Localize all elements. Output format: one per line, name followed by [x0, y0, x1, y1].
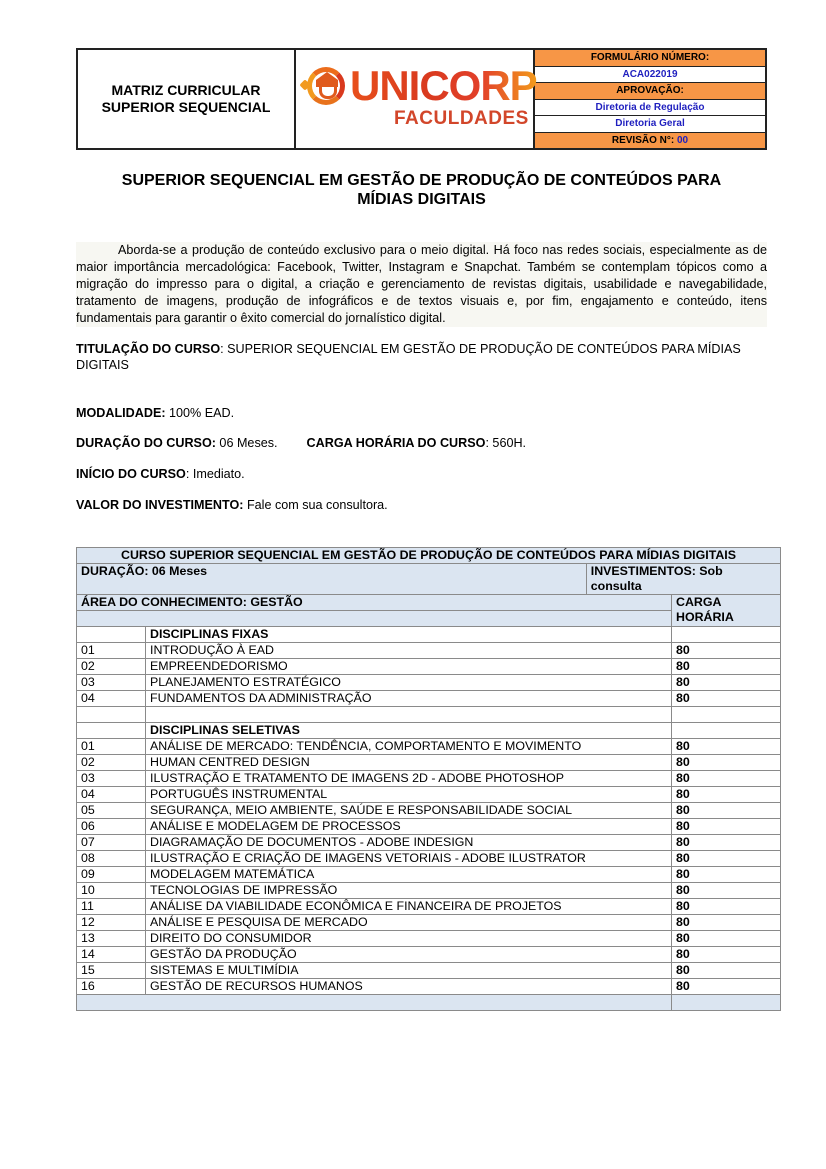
table-row: 01ANÁLISE DE MERCADO: TENDÊNCIA, COMPORT…: [77, 739, 781, 755]
table-row: 16GESTÃO DE RECURSOS HUMANOS80: [77, 979, 781, 995]
discipline-hours: 80: [672, 835, 781, 851]
spacer-row: [77, 707, 781, 723]
section-title: DISCIPLINAS SELETIVAS: [146, 723, 672, 739]
page-title-line2: MÍDIAS DIGITAIS: [357, 191, 486, 208]
table-row: 01INTRODUÇÃO À EAD80: [77, 643, 781, 659]
carga-value: : 560H.: [485, 436, 526, 450]
table-duracao: DURAÇÃO: 06 Meses: [77, 564, 587, 595]
logo-u-icon: [319, 84, 337, 99]
table-row: 10TECNOLOGIAS DE IMPRESSÃO80: [77, 883, 781, 899]
discipline-hours: 80: [672, 979, 781, 995]
inicio-value: : Imediato.: [186, 467, 245, 481]
discipline-name: PLANEJAMENTO ESTRATÉGICO: [146, 675, 672, 691]
row-hours: [672, 627, 781, 643]
titulacao-label: TITULAÇÃO DO CURSO: [76, 342, 220, 356]
discipline-hours: 80: [672, 931, 781, 947]
discipline-name: SEGURANÇA, MEIO AMBIENTE, SAÚDE E RESPON…: [146, 803, 672, 819]
row-number: 08: [77, 851, 146, 867]
discipline-name: ANÁLISE E MODELAGEM DE PROCESSOS: [146, 819, 672, 835]
matrix-title-line2: SUPERIOR SEQUENCIAL: [102, 99, 271, 115]
row-number: 13: [77, 931, 146, 947]
document-header: MATRIZ CURRICULARSUPERIOR SEQUENCIAL UNI…: [76, 48, 767, 150]
table-row: 02EMPREENDEDORISMO80: [77, 659, 781, 675]
row-number: 03: [77, 675, 146, 691]
discipline-hours: 80: [672, 787, 781, 803]
discipline-hours: 80: [672, 691, 781, 707]
discipline-hours: 80: [672, 755, 781, 771]
description-text: Aborda-se a produção de conteúdo exclusi…: [76, 243, 767, 325]
table-row: 11ANÁLISE DA VIABILIDADE ECONÔMICA E FIN…: [77, 899, 781, 915]
table-row: 15SISTEMAS E MULTIMÍDIA80: [77, 963, 781, 979]
duracao-value: 06 Meses.: [216, 436, 278, 450]
fixed-disciplines-header: DISCIPLINAS FIXAS: [77, 627, 781, 643]
row-number: 02: [77, 755, 146, 771]
discipline-name: PORTUGUÊS INSTRUMENTAL: [146, 787, 672, 803]
row-number: 06: [77, 819, 146, 835]
valor-label: VALOR DO INVESTIMENTO:: [76, 498, 243, 512]
discipline-name: GESTÃO DA PRODUÇÃO: [146, 947, 672, 963]
table-row: 13DIREITO DO CONSUMIDOR80: [77, 931, 781, 947]
page-title-line1: SUPERIOR SEQUENCIAL EM GESTÃO DE PRODUÇÃ…: [122, 172, 721, 189]
row-number: 01: [77, 643, 146, 659]
field-titulacao: TITULAÇÃO DO CURSO: SUPERIOR SEQUENCIAL …: [76, 341, 767, 373]
form-info: FORMULÁRIO NÚMERO: ACA022019 APROVAÇÃO: …: [535, 50, 765, 148]
row-number: 04: [77, 691, 146, 707]
table-investimentos: INVESTIMENTOS: Sob consulta: [586, 564, 780, 595]
unicorp-logo: UNICORP FACULDADES: [296, 50, 535, 148]
graduation-cap-icon: [316, 72, 338, 80]
discipline-name: HUMAN CENTRED DESIGN: [146, 755, 672, 771]
discipline-hours: 80: [672, 915, 781, 931]
table-row: 14GESTÃO DA PRODUÇÃO80: [77, 947, 781, 963]
table-area: ÁREA DO CONHECIMENTO: GESTÃO: [77, 595, 672, 611]
valor-value: Fale com sua consultora.: [243, 498, 387, 512]
discipline-hours: 80: [672, 739, 781, 755]
table-row: 02HUMAN CENTRED DESIGN80: [77, 755, 781, 771]
duracao-label: DURAÇÃO DO CURSO:: [76, 436, 216, 450]
row-hours: [672, 723, 781, 739]
modalidade-value: 100% EAD.: [166, 406, 235, 420]
row-number: 05: [77, 803, 146, 819]
elective-disciplines-header: DISCIPLINAS SELETIVAS: [77, 723, 781, 739]
table-row: 06ANÁLISE E MODELAGEM DE PROCESSOS80: [77, 819, 781, 835]
logo-subtitle: FACULDADES: [394, 108, 529, 130]
discipline-name: ILUSTRAÇÃO E TRATAMENTO DE IMAGENS 2D - …: [146, 771, 672, 787]
matrix-title-line1: MATRIZ CURRICULAR: [111, 82, 260, 98]
spacer-cell: [77, 707, 146, 723]
table-row: 08ILUSTRAÇÃO E CRIAÇÃO DE IMAGENS VETORI…: [77, 851, 781, 867]
revision-label: REVISÃO N°:: [612, 135, 674, 146]
form-number-value: ACA022019: [535, 67, 765, 84]
table-row: 04FUNDAMENTOS DA ADMINISTRAÇÃO80: [77, 691, 781, 707]
table-row: 12ANÁLISE E PESQUISA DE MERCADO80: [77, 915, 781, 931]
discipline-hours: 80: [672, 899, 781, 915]
discipline-name: MODELAGEM MATEMÁTICA: [146, 867, 672, 883]
discipline-name: SISTEMAS E MULTIMÍDIA: [146, 963, 672, 979]
row-number: 04: [77, 787, 146, 803]
row-number: 01: [77, 739, 146, 755]
table-carga-header: CARGA HORÁRIA: [672, 595, 781, 627]
row-number: [77, 723, 146, 739]
row-number: 16: [77, 979, 146, 995]
table-row: 05SEGURANÇA, MEIO AMBIENTE, SAÚDE E RESP…: [77, 803, 781, 819]
field-inicio: INÍCIO DO CURSO: Imediato.: [76, 466, 767, 482]
footer-cell: [77, 995, 672, 1011]
row-number: [77, 627, 146, 643]
discipline-name: DIREITO DO CONSUMIDOR: [146, 931, 672, 947]
discipline-hours: 80: [672, 803, 781, 819]
page-title: SUPERIOR SEQUENCIAL EM GESTÃO DE PRODUÇÃ…: [76, 171, 767, 209]
row-number: 02: [77, 659, 146, 675]
discipline-hours: 80: [672, 675, 781, 691]
modalidade-label: MODALIDADE:: [76, 406, 166, 420]
row-number: 07: [77, 835, 146, 851]
discipline-hours: 80: [672, 947, 781, 963]
row-number: 14: [77, 947, 146, 963]
discipline-name: ANÁLISE DE MERCADO: TENDÊNCIA, COMPORTAM…: [146, 739, 672, 755]
approval-label: APROVAÇÃO:: [535, 83, 765, 100]
revision-value: 00: [677, 135, 688, 146]
revision: REVISÃO N°: 00: [535, 133, 765, 149]
curriculum-table: CURSO SUPERIOR SEQUENCIAL EM GESTÃO DE P…: [76, 547, 781, 1011]
discipline-name: DIAGRAMAÇÃO DE DOCUMENTOS - ADOBE INDESI…: [146, 835, 672, 851]
approval-value-2: Diretoria Geral: [535, 116, 765, 133]
field-modalidade: MODALIDADE: 100% EAD.: [76, 405, 767, 421]
form-number-label: FORMULÁRIO NÚMERO:: [535, 50, 765, 67]
discipline-hours: 80: [672, 819, 781, 835]
discipline-hours: 80: [672, 963, 781, 979]
discipline-hours: 80: [672, 771, 781, 787]
spacer-cell: [146, 707, 672, 723]
row-number: 12: [77, 915, 146, 931]
carga-label: CARGA HORÁRIA DO CURSO: [307, 436, 486, 450]
table-row: 09MODELAGEM MATEMÁTICA80: [77, 867, 781, 883]
course-description: Aborda-se a produção de conteúdo exclusi…: [76, 242, 767, 327]
discipline-hours: 80: [672, 851, 781, 867]
discipline-hours: 80: [672, 883, 781, 899]
table-footer-row: [77, 995, 781, 1011]
row-number: 11: [77, 899, 146, 915]
discipline-hours: 80: [672, 659, 781, 675]
table-row: 03ILUSTRAÇÃO E TRATAMENTO DE IMAGENS 2D …: [77, 771, 781, 787]
row-number: 10: [77, 883, 146, 899]
table-row: 04PORTUGUÊS INSTRUMENTAL80: [77, 787, 781, 803]
discipline-name: INTRODUÇÃO À EAD: [146, 643, 672, 659]
table-title: CURSO SUPERIOR SEQUENCIAL EM GESTÃO DE P…: [77, 548, 781, 564]
discipline-name: ILUSTRAÇÃO E CRIAÇÃO DE IMAGENS VETORIAI…: [146, 851, 672, 867]
row-number: 15: [77, 963, 146, 979]
discipline-name: FUNDAMENTOS DA ADMINISTRAÇÃO: [146, 691, 672, 707]
discipline-hours: 80: [672, 867, 781, 883]
row-number: 09: [77, 867, 146, 883]
field-duracao: DURAÇÃO DO CURSO: 06 Meses. CARGA HORÁRI…: [76, 435, 767, 451]
discipline-name: EMPREENDEDORISMO: [146, 659, 672, 675]
logo-wordmark: UNICORP: [350, 64, 537, 108]
discipline-name: TECNOLOGIAS DE IMPRESSÃO: [146, 883, 672, 899]
section-title: DISCIPLINAS FIXAS: [146, 627, 672, 643]
spacer-cell: [672, 707, 781, 723]
field-valor: VALOR DO INVESTIMENTO: Fale com sua cons…: [76, 497, 767, 513]
approval-value-1: Diretoria de Regulação: [535, 100, 765, 117]
table-blank-row: [77, 611, 672, 627]
matrix-title: MATRIZ CURRICULARSUPERIOR SEQUENCIAL: [78, 50, 296, 148]
discipline-name: ANÁLISE DA VIABILIDADE ECONÔMICA E FINAN…: [146, 899, 672, 915]
inicio-label: INÍCIO DO CURSO: [76, 467, 186, 481]
table-row: 07DIAGRAMAÇÃO DE DOCUMENTOS - ADOBE INDE…: [77, 835, 781, 851]
table-row: 03PLANEJAMENTO ESTRATÉGICO80: [77, 675, 781, 691]
row-number: 03: [77, 771, 146, 787]
discipline-hours: 80: [672, 643, 781, 659]
footer-cell: [672, 995, 781, 1011]
discipline-name: ANÁLISE E PESQUISA DE MERCADO: [146, 915, 672, 931]
discipline-name: GESTÃO DE RECURSOS HUMANOS: [146, 979, 672, 995]
